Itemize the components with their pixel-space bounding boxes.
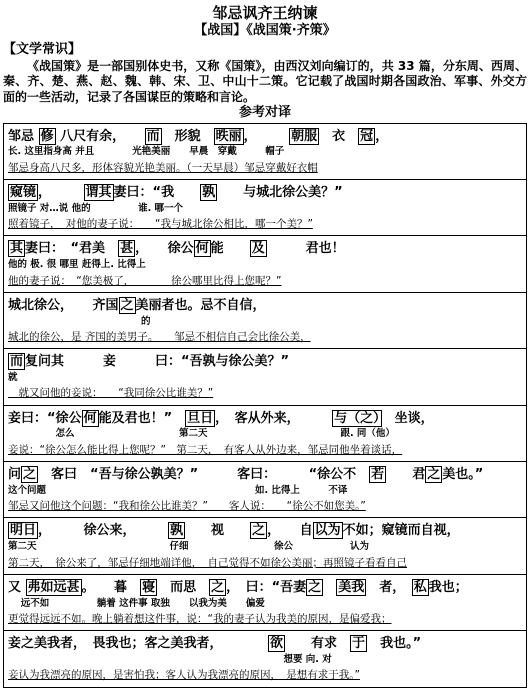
translation-line-wrap: 邹忌身高八尺多，形体容貌光艳美丽。（一天早晨）邹忌穿戴好衣帽 <box>8 161 522 175</box>
source-text: 客曰 “吾与徐公孰美？” 客曰： “徐公不 <box>38 467 369 482</box>
reference-translation-heading: 参考对译 <box>0 105 530 121</box>
source-line: 窥镜， 谓其妻曰：“我 孰 与城北徐公美？” <box>8 185 522 202</box>
boxed-term: 之 <box>306 579 323 596</box>
boxed-term: 弗如远甚 <box>26 579 82 596</box>
boxed-term: 孰 <box>200 184 217 201</box>
annotation-line: 照镜子 对…说 他的 谁. 哪一个 <box>8 203 522 215</box>
boxed-term: 其 <box>8 240 25 257</box>
translation-line-wrap: 妾认为我漂亮的原因，是害怕我；客人认为我漂亮的原因， 是想有求于我。” <box>8 668 522 682</box>
boxed-term: 而 <box>8 353 25 370</box>
source-line: 明日， 徐公来， 孰 视 之， 自以为不如；窥镜而自视， <box>8 523 522 540</box>
boxed-term: 孰 <box>168 522 185 539</box>
source-line: 妾曰：“徐公何能及君也！” 旦日， 客从外来， 与（之） 坐谈， <box>8 411 522 428</box>
boxed-term: 旦日 <box>185 410 215 427</box>
table-row: 邹忌 修 八尺有余， 而 形貌 昳丽， 朝服 衣 冠， 长. 这里指身高 并且 … <box>4 124 526 179</box>
source-text: 我也。” <box>367 636 421 651</box>
boxed-term: 若 <box>369 466 386 483</box>
source-text: ， 客从外来， <box>215 411 332 426</box>
table-row: 又 弗如远甚。 暮 寝 而思 之， 曰：“吾妻之 美我 者， 私我也； 远不如 … <box>4 574 526 630</box>
source-text: 坐谈， <box>382 411 434 426</box>
source-text: 能 <box>211 241 250 256</box>
document-title: 邹忌讽齐王纳谏 <box>0 4 530 22</box>
annotation-line: 想要 向. 对 <box>8 654 522 666</box>
source-text: 君 <box>386 467 425 482</box>
translation-line-wrap: 就又问他的妾说： “我同徐公比谁美？” <box>8 386 522 400</box>
source-line: 城北徐公， 齐国之美丽者也。忌不自信， <box>8 298 522 315</box>
boxed-term: 何 <box>82 410 99 427</box>
translation-line-wrap: 邹忌又问他这个问题：“我和徐公比谁美？” 客人说： “徐公不如您美。” <box>8 499 522 513</box>
boxed-term: 私 <box>412 579 429 596</box>
source-text: ， 自 <box>267 523 313 538</box>
source-text: 又 <box>8 580 26 595</box>
source-text: ， <box>38 185 84 200</box>
table-row: 妾之美我者， 畏我也；客之美我者， 欲 有求 于 我也。” 想要 向. 对 妾认… <box>4 630 526 686</box>
source-text: 视 <box>185 523 250 538</box>
source-text <box>323 580 336 595</box>
translation-line: 城北的徐公，是 齐国的美男子。 邹忌不相信自己会比徐公美， <box>8 331 311 343</box>
table-row: 而复问其 妾 曰：“吾孰与徐公美？” 就 就又问他的妾说： “我同徐公比谁美？” <box>4 348 526 404</box>
translation-line-wrap: 妾说：“徐公怎么能比得上您呢？” 第二天， 有客人从外边来，邹忌同他坐着谈话， <box>8 443 522 457</box>
source-text: ， <box>375 129 388 144</box>
source-text: ， 徐公 <box>135 241 194 256</box>
source-text: 者， <box>366 580 412 595</box>
translation-line-wrap: 更觉得远远不如。晚上躺着想这件事，说：“我的妻子认为我美的原因，是偏爱我； <box>8 612 522 626</box>
source-text: 妾之美我者， 畏我也；客之美我者， <box>8 636 268 651</box>
source-line: 问之 客曰 “吾与徐公孰美？” 客曰： “徐公不 若 君之美也。” <box>8 467 522 484</box>
boxed-term: 而 <box>145 128 162 145</box>
document-page: 邹忌讽齐王纳谏 【战国】《战国策·齐策》 【文学常识】 《战国策》是一部国别体史… <box>0 0 530 698</box>
source-text: 美丽者也。忌不自信， <box>136 298 266 313</box>
translation-line: 邹忌身高八尺多，形体容貌光艳美丽。（一天早晨）邹忌穿戴好衣帽 <box>8 162 318 174</box>
source-line: 而复问其 妾 曰：“吾孰与徐公美？” <box>8 354 522 371</box>
document-subtitle: 【战国】《战国策·齐策》 <box>0 23 530 39</box>
translation-line: 他的妻子说： “您美极了， 徐公哪里比得上您呢？” <box>8 275 281 287</box>
boxed-term: 美我 <box>336 579 366 596</box>
boxed-term: 之 <box>119 297 136 314</box>
table-row: 问之 客曰 “吾与徐公孰美？” 客曰： “徐公不 若 君之美也。” 这个问题 如… <box>4 461 526 517</box>
source-text: ， 徐公来， <box>38 523 168 538</box>
source-text: 能及君也！” <box>99 411 186 426</box>
translation-line: 照着镜子， 对他的妻子说： “我与城北徐公相比，哪一个美？” <box>8 218 313 230</box>
source-line: 其妻曰： “君美 甚， 徐公何能 及 君也！ <box>8 241 522 258</box>
boxed-term: 朝服 <box>289 128 319 145</box>
table-row: 城北徐公， 齐国之美丽者也。忌不自信， 的 城北的徐公，是 齐国的美男子。 邹忌… <box>4 292 526 348</box>
translation-line-wrap: 城北的徐公，是 齐国的美男子。 邹忌不相信自己会比徐公美， <box>8 330 522 344</box>
table-row: 窥镜， 谓其妻曰：“我 孰 与城北徐公美？” 照镜子 对…说 他的 谁. 哪一个… <box>4 179 526 235</box>
intro-paragraph: 《战国策》是一部国别体史书，又称《国策》，由西汉刘向编订的，共 33 篇，分东周… <box>3 59 527 105</box>
section-heading-literary-knowledge: 【文学常识】 <box>3 42 530 58</box>
source-text: 衣 <box>319 129 358 144</box>
table-row: 其妻曰： “君美 甚， 徐公何能 及 君也！ 他的 极. 很 哪里 赶得上. 比… <box>4 235 526 291</box>
table-row: 明日， 徐公来， 孰 视 之， 自以为不如；窥镜而自视， 第二天 仔细 徐公 认… <box>4 517 526 573</box>
boxed-term: 欲 <box>268 635 285 652</box>
source-text: 君也！ <box>267 241 345 256</box>
source-text: 问 <box>8 467 21 482</box>
translation-table: 邹忌 修 八尺有余， 而 形貌 昳丽， 朝服 衣 冠， 长. 这里指身高 并且 … <box>3 123 527 688</box>
annotation-line: 长. 这里指身高 并且 光艳美丽 早晨 穿戴 帽子 <box>8 146 522 158</box>
boxed-term: 明日 <box>8 522 38 539</box>
translation-line-wrap: 他的妻子说： “您美极了， 徐公哪里比得上您呢？” <box>8 274 522 288</box>
annotation-line: 远不如 躺着 这件事 取独 以我为美 偏爱 <box>8 598 522 610</box>
boxed-term: 窥镜 <box>8 184 38 201</box>
annotation-line: 第二天 仔细 徐公 认为 <box>8 541 522 553</box>
boxed-term: 何 <box>194 240 211 257</box>
source-text: 妻曰： “君美 <box>25 241 118 256</box>
boxed-term: 与（之） <box>332 410 382 427</box>
translation-line: 就又问他的妾说： “我同徐公比谁美？” <box>8 387 213 399</box>
source-text: 妾曰：“徐公 <box>8 411 82 426</box>
source-text: 而思 <box>157 580 209 595</box>
boxed-term: 之 <box>425 466 442 483</box>
boxed-term: 之 <box>209 579 226 596</box>
boxed-term: 甚 <box>118 240 135 257</box>
source-text: 复问其 妾 曰：“吾孰与徐公美？” <box>25 354 289 369</box>
translation-line: 妾认为我漂亮的原因，是害怕我；客人认为我漂亮的原因， 是想有求于我。” <box>8 669 360 681</box>
table-row: 妾曰：“徐公何能及君也！” 旦日， 客从外来， 与（之） 坐谈， 怎么 第二天 … <box>4 405 526 461</box>
boxed-term: 谓其 <box>84 184 114 201</box>
annotation-line: 这个问题 如. 比得上 不译 <box>8 485 522 497</box>
annotation-line: 的 <box>8 316 522 328</box>
source-text: ， <box>244 129 290 144</box>
source-text: 形貌 <box>162 129 214 144</box>
annotation-line: 怎么 第二天 跟. 同（他） <box>8 428 522 440</box>
source-text: 不如；窥镜而自视， <box>343 523 460 538</box>
boxed-term: 昳丽 <box>214 128 244 145</box>
source-line: 妾之美我者， 畏我也；客之美我者， 欲 有求 于 我也。” <box>8 636 522 653</box>
boxed-term: 以为 <box>313 522 343 539</box>
annotation-line: 他的 极. 很 哪里 赶得上. 比得上 <box>8 259 522 271</box>
source-text: 城北徐公， 齐国 <box>8 298 119 313</box>
translation-line: 妾说：“徐公怎么能比得上您呢？” 第二天， 有客人从外边来，邹忌同他坐着谈话， <box>8 444 402 456</box>
boxed-term: 于 <box>350 635 367 652</box>
source-text: 与城北徐公美？” <box>217 185 343 200</box>
boxed-term: 之 <box>21 466 38 483</box>
boxed-term: 之 <box>250 522 267 539</box>
source-text: 。 暮 <box>82 580 141 595</box>
boxed-term: 寝 <box>140 579 157 596</box>
source-text: ， 曰：“吾妻 <box>226 580 306 595</box>
translation-line: 更觉得远远不如。晚上躺着想这件事，说：“我的妻子认为我美的原因，是偏爱我； <box>8 613 391 625</box>
source-line: 邹忌 修 八尺有余， 而 形貌 昳丽， 朝服 衣 冠， <box>8 129 522 146</box>
boxed-term: 冠 <box>358 128 375 145</box>
translation-line: 邹忌又问他这个问题：“我和徐公比谁美？” 客人说： “徐公不如您美。” <box>8 500 366 512</box>
annotation-line: 就 <box>8 372 522 384</box>
source-text: 美也。” <box>442 467 483 482</box>
source-text: 邹忌 <box>8 129 39 144</box>
translation-line-wrap: 照着镜子， 对他的妻子说： “我与城北徐公相比，哪一个美？” <box>8 217 522 231</box>
boxed-term: 及 <box>250 240 267 257</box>
source-text: 妻曰：“我 <box>114 185 201 200</box>
boxed-term: 修 <box>39 128 56 145</box>
source-text: 八尺有余， <box>56 129 145 144</box>
translation-line-wrap: 第二天， 徐公来了，邹忌仔细地端详他， 自己觉得不如徐公美丽；再照镜子看看自己 <box>8 556 522 570</box>
source-text: 有求 <box>285 636 350 651</box>
translation-line: 第二天， 徐公来了，邹忌仔细地端详他， 自己觉得不如徐公美丽；再照镜子看看自己 <box>8 557 407 569</box>
source-line: 又 弗如远甚。 暮 寝 而思 之， 曰：“吾妻之 美我 者， 私我也； <box>8 580 522 597</box>
source-text: 我也； <box>429 580 468 595</box>
